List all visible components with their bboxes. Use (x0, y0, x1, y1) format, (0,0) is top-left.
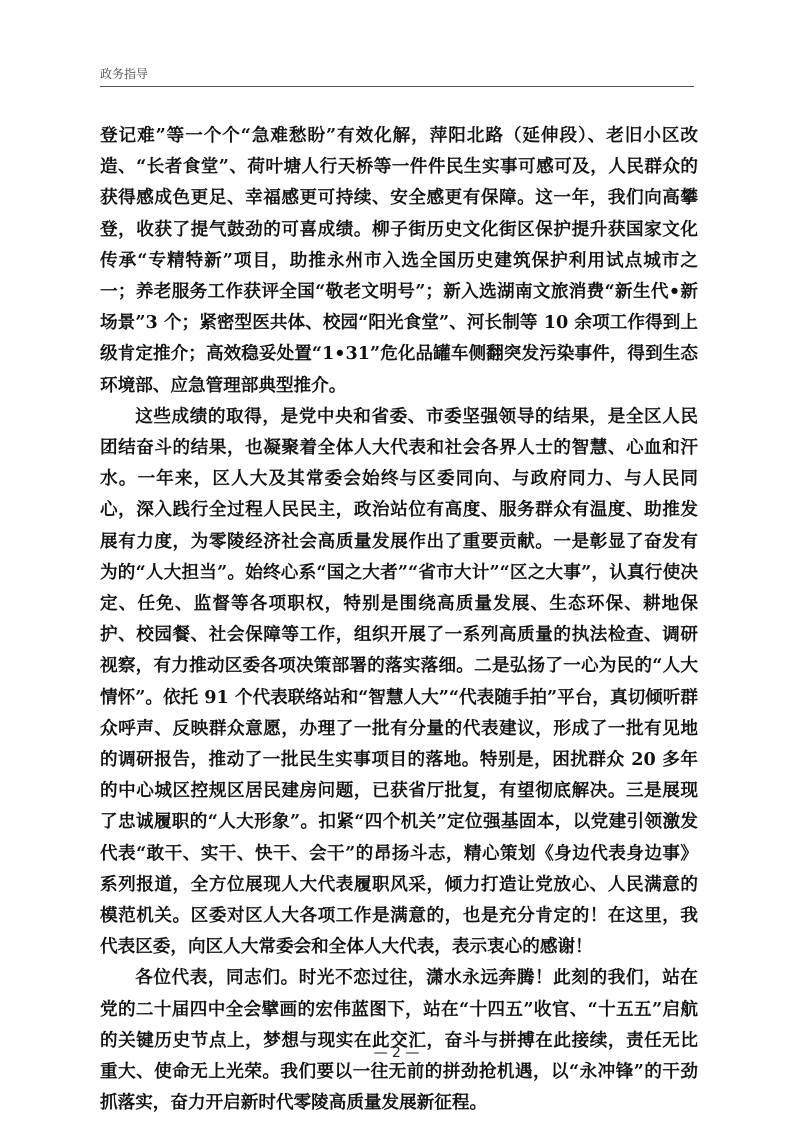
paragraph-acknowledgements: 这些成绩的取得，是党中央和省委、市委坚强领导的结果，是全区人民团结奋斗的结果，也… (100, 401, 698, 963)
paragraph-outlook: 各位代表，同志们。时光不恋过往，潇水永远奔腾！此刻的我们，站在党的二十届四中全会… (100, 962, 698, 1118)
section-title: 政务指导 (100, 64, 148, 84)
page-number: — 2 — (0, 1045, 793, 1061)
document-body: 登记难”等一个个“急难愁盼”有效化解，萍阳北路（延伸段）、老旧小区改造、“长者食… (100, 120, 698, 1119)
paragraph-achievements: 登记难”等一个个“急难愁盼”有效化解，萍阳北路（延伸段）、老旧小区改造、“长者食… (100, 120, 698, 401)
page-header: 政务指导 (100, 64, 694, 87)
